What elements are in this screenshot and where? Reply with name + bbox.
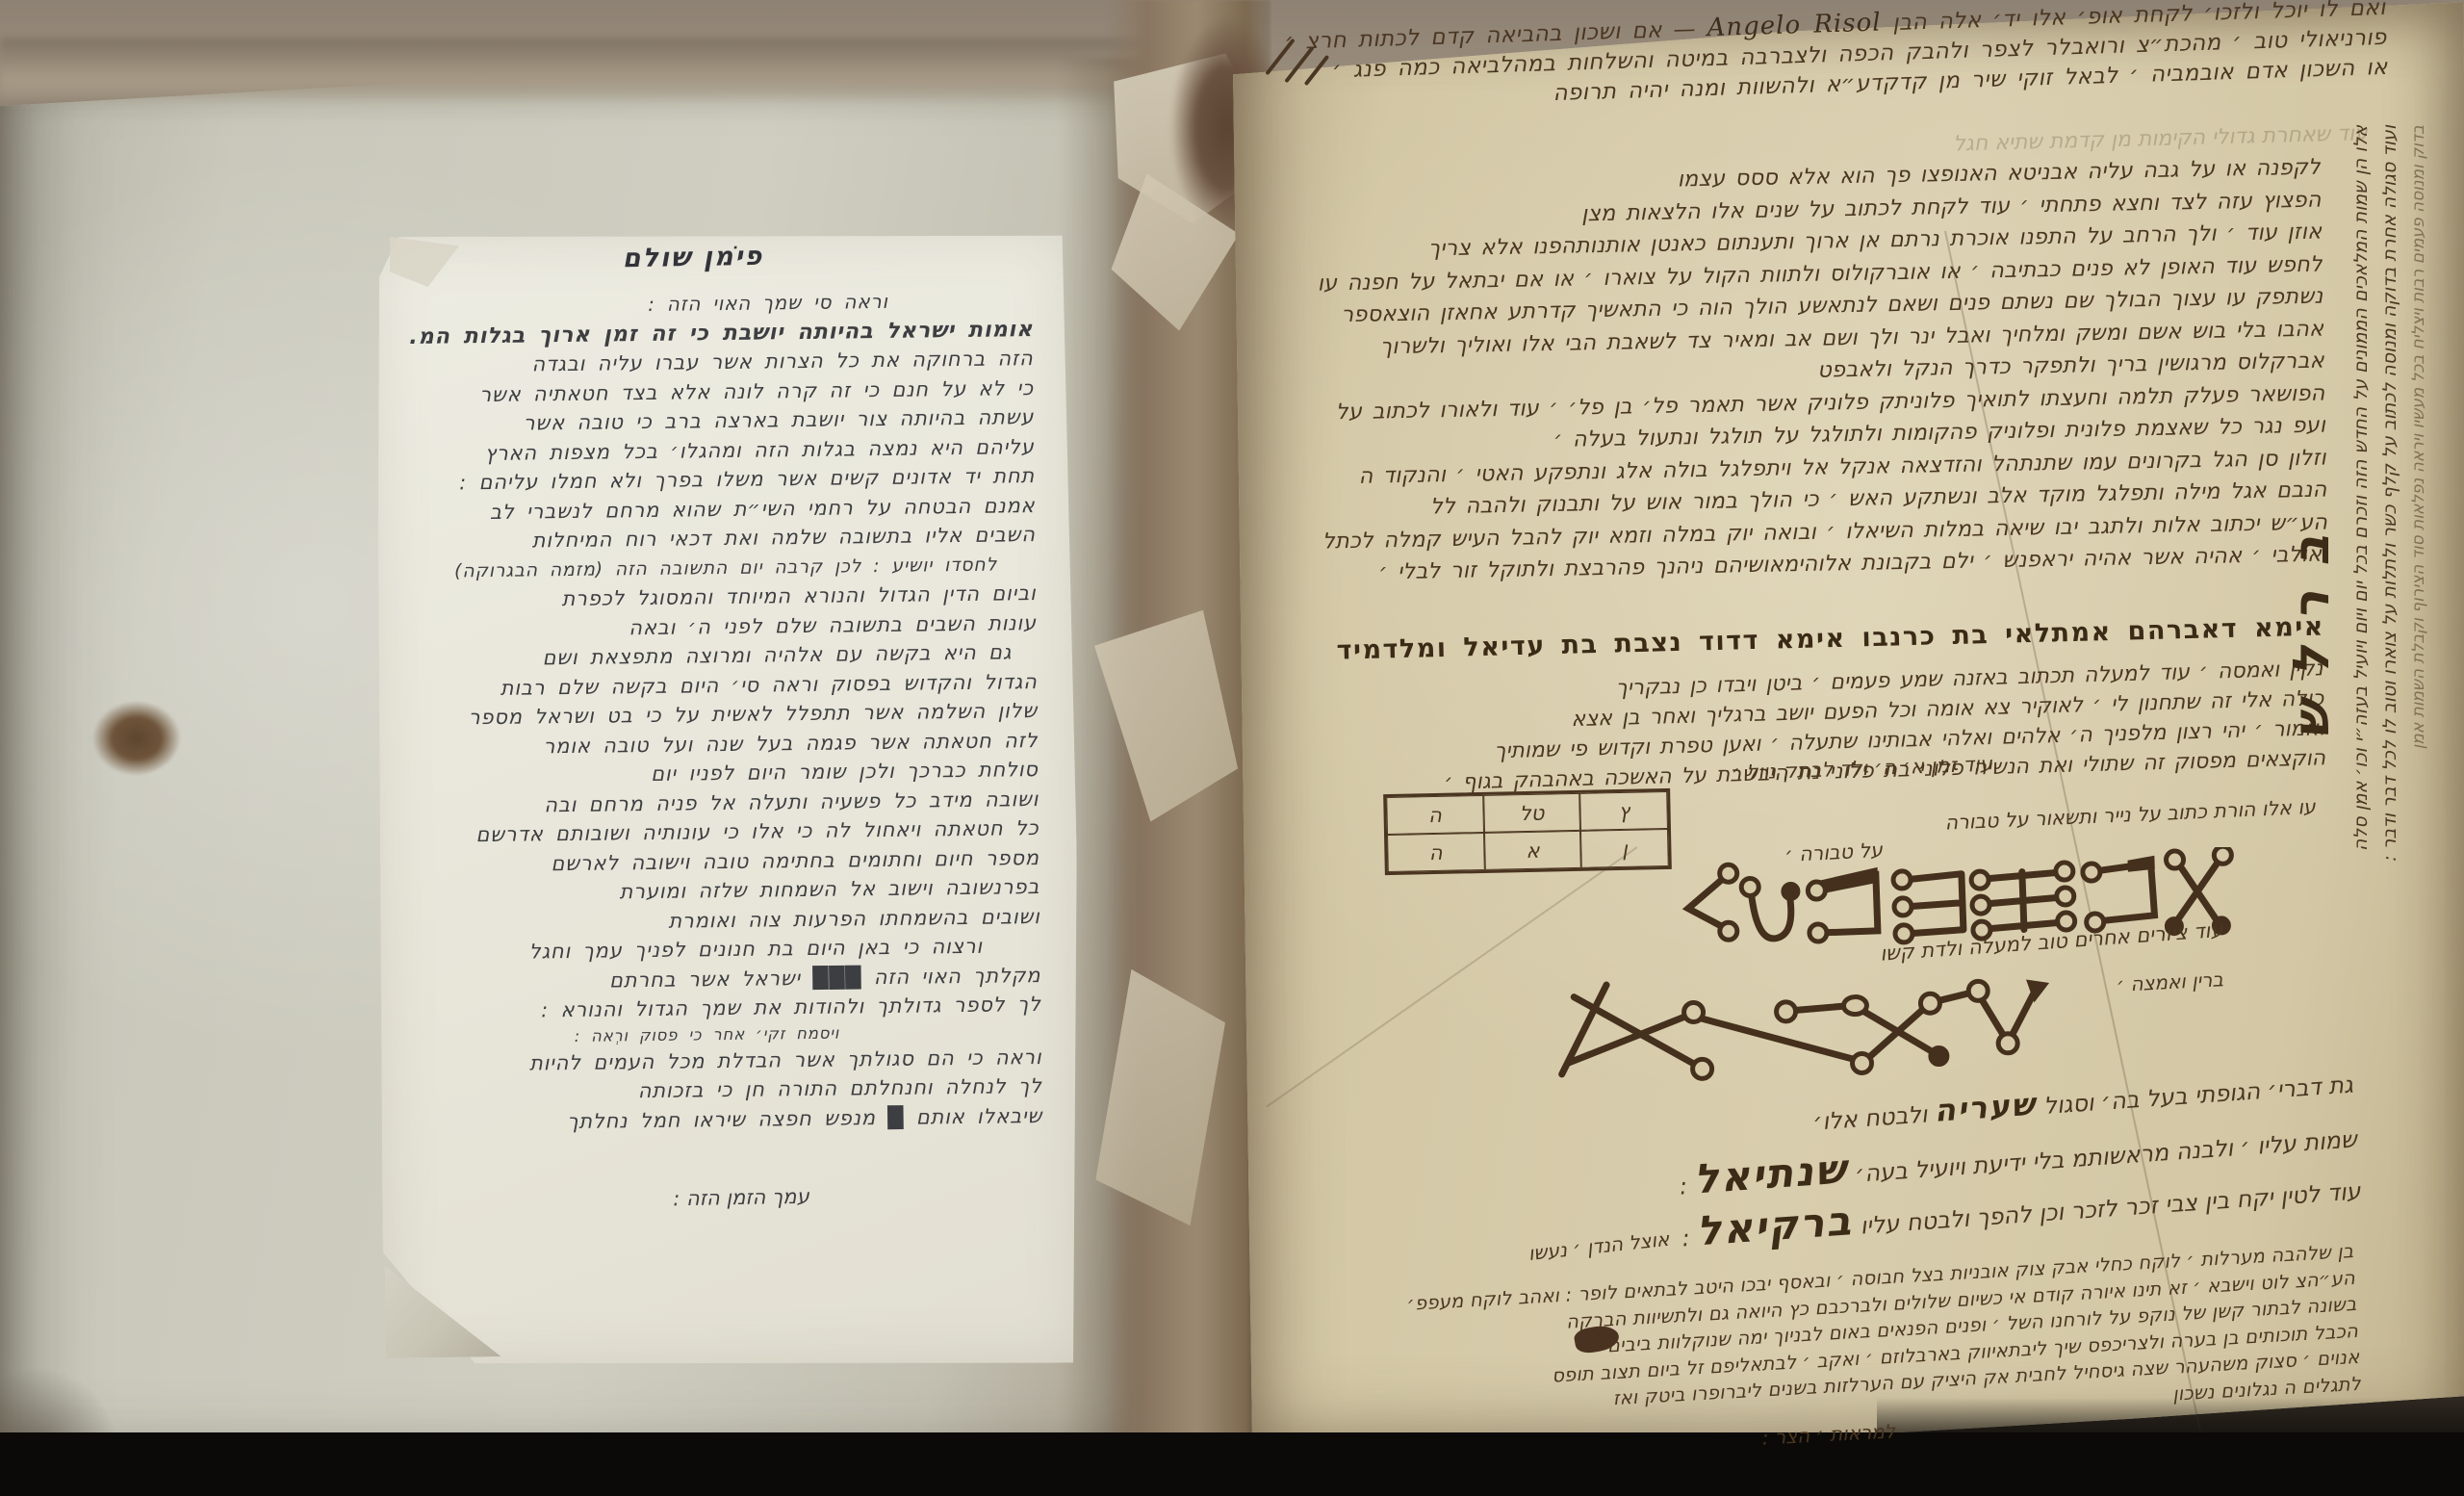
marginal-gloss-mid: ועוד סגולה אחרת בדוקה ומנוסה לכתוב על קל… [2375, 125, 2404, 1415]
leaf-title: פיֹמן שולם [539, 240, 847, 275]
latin-name-angelo: Angelo Risol [1707, 8, 1882, 42]
table-cell: ן [1580, 829, 1668, 868]
leaf-text-block: וראה סי שמך האוי הזה :אומות ישראל בהיותה… [409, 285, 1043, 1138]
angel-name-shnatiel: שנתיאל [1692, 1145, 1849, 1202]
table-cell: א [1484, 831, 1581, 870]
letter-seal-table: ה טל ץ ה א ן [1383, 788, 1672, 875]
table-cell: ץ [1580, 791, 1668, 831]
table-cell: טל [1483, 793, 1580, 833]
table-cell: ה [1387, 833, 1484, 872]
marginal-gloss-inner: אלו הן שמות המלאכים הממונים על החדש הזה … [2347, 125, 2375, 1415]
marginal-gloss-outer: בדוק ומנוסה פעמים רבות ויצליח בכל מעשיו … [2404, 125, 2433, 1415]
table-cell: ה [1386, 795, 1483, 835]
board-top-shadow [0, 39, 1174, 106]
angel-name-barkiel: ברקיאל [1695, 1197, 1854, 1254]
marginal-large-word: ברלש [2283, 510, 2341, 915]
main-text-block: לקפנה או על גבה עליה אבניטא האנופצו פך ה… [1276, 152, 2328, 591]
fore-edge-marginalia: אלו הן שמות המלאכים הממונים על החדש הזה … [2347, 125, 2433, 1415]
manuscript-photo: פיֹמן שולם וראה סי שמך האוי הזה :אומות י… [0, 0, 2464, 1496]
angel-name-seraya: שעריה [1933, 1086, 2037, 1129]
